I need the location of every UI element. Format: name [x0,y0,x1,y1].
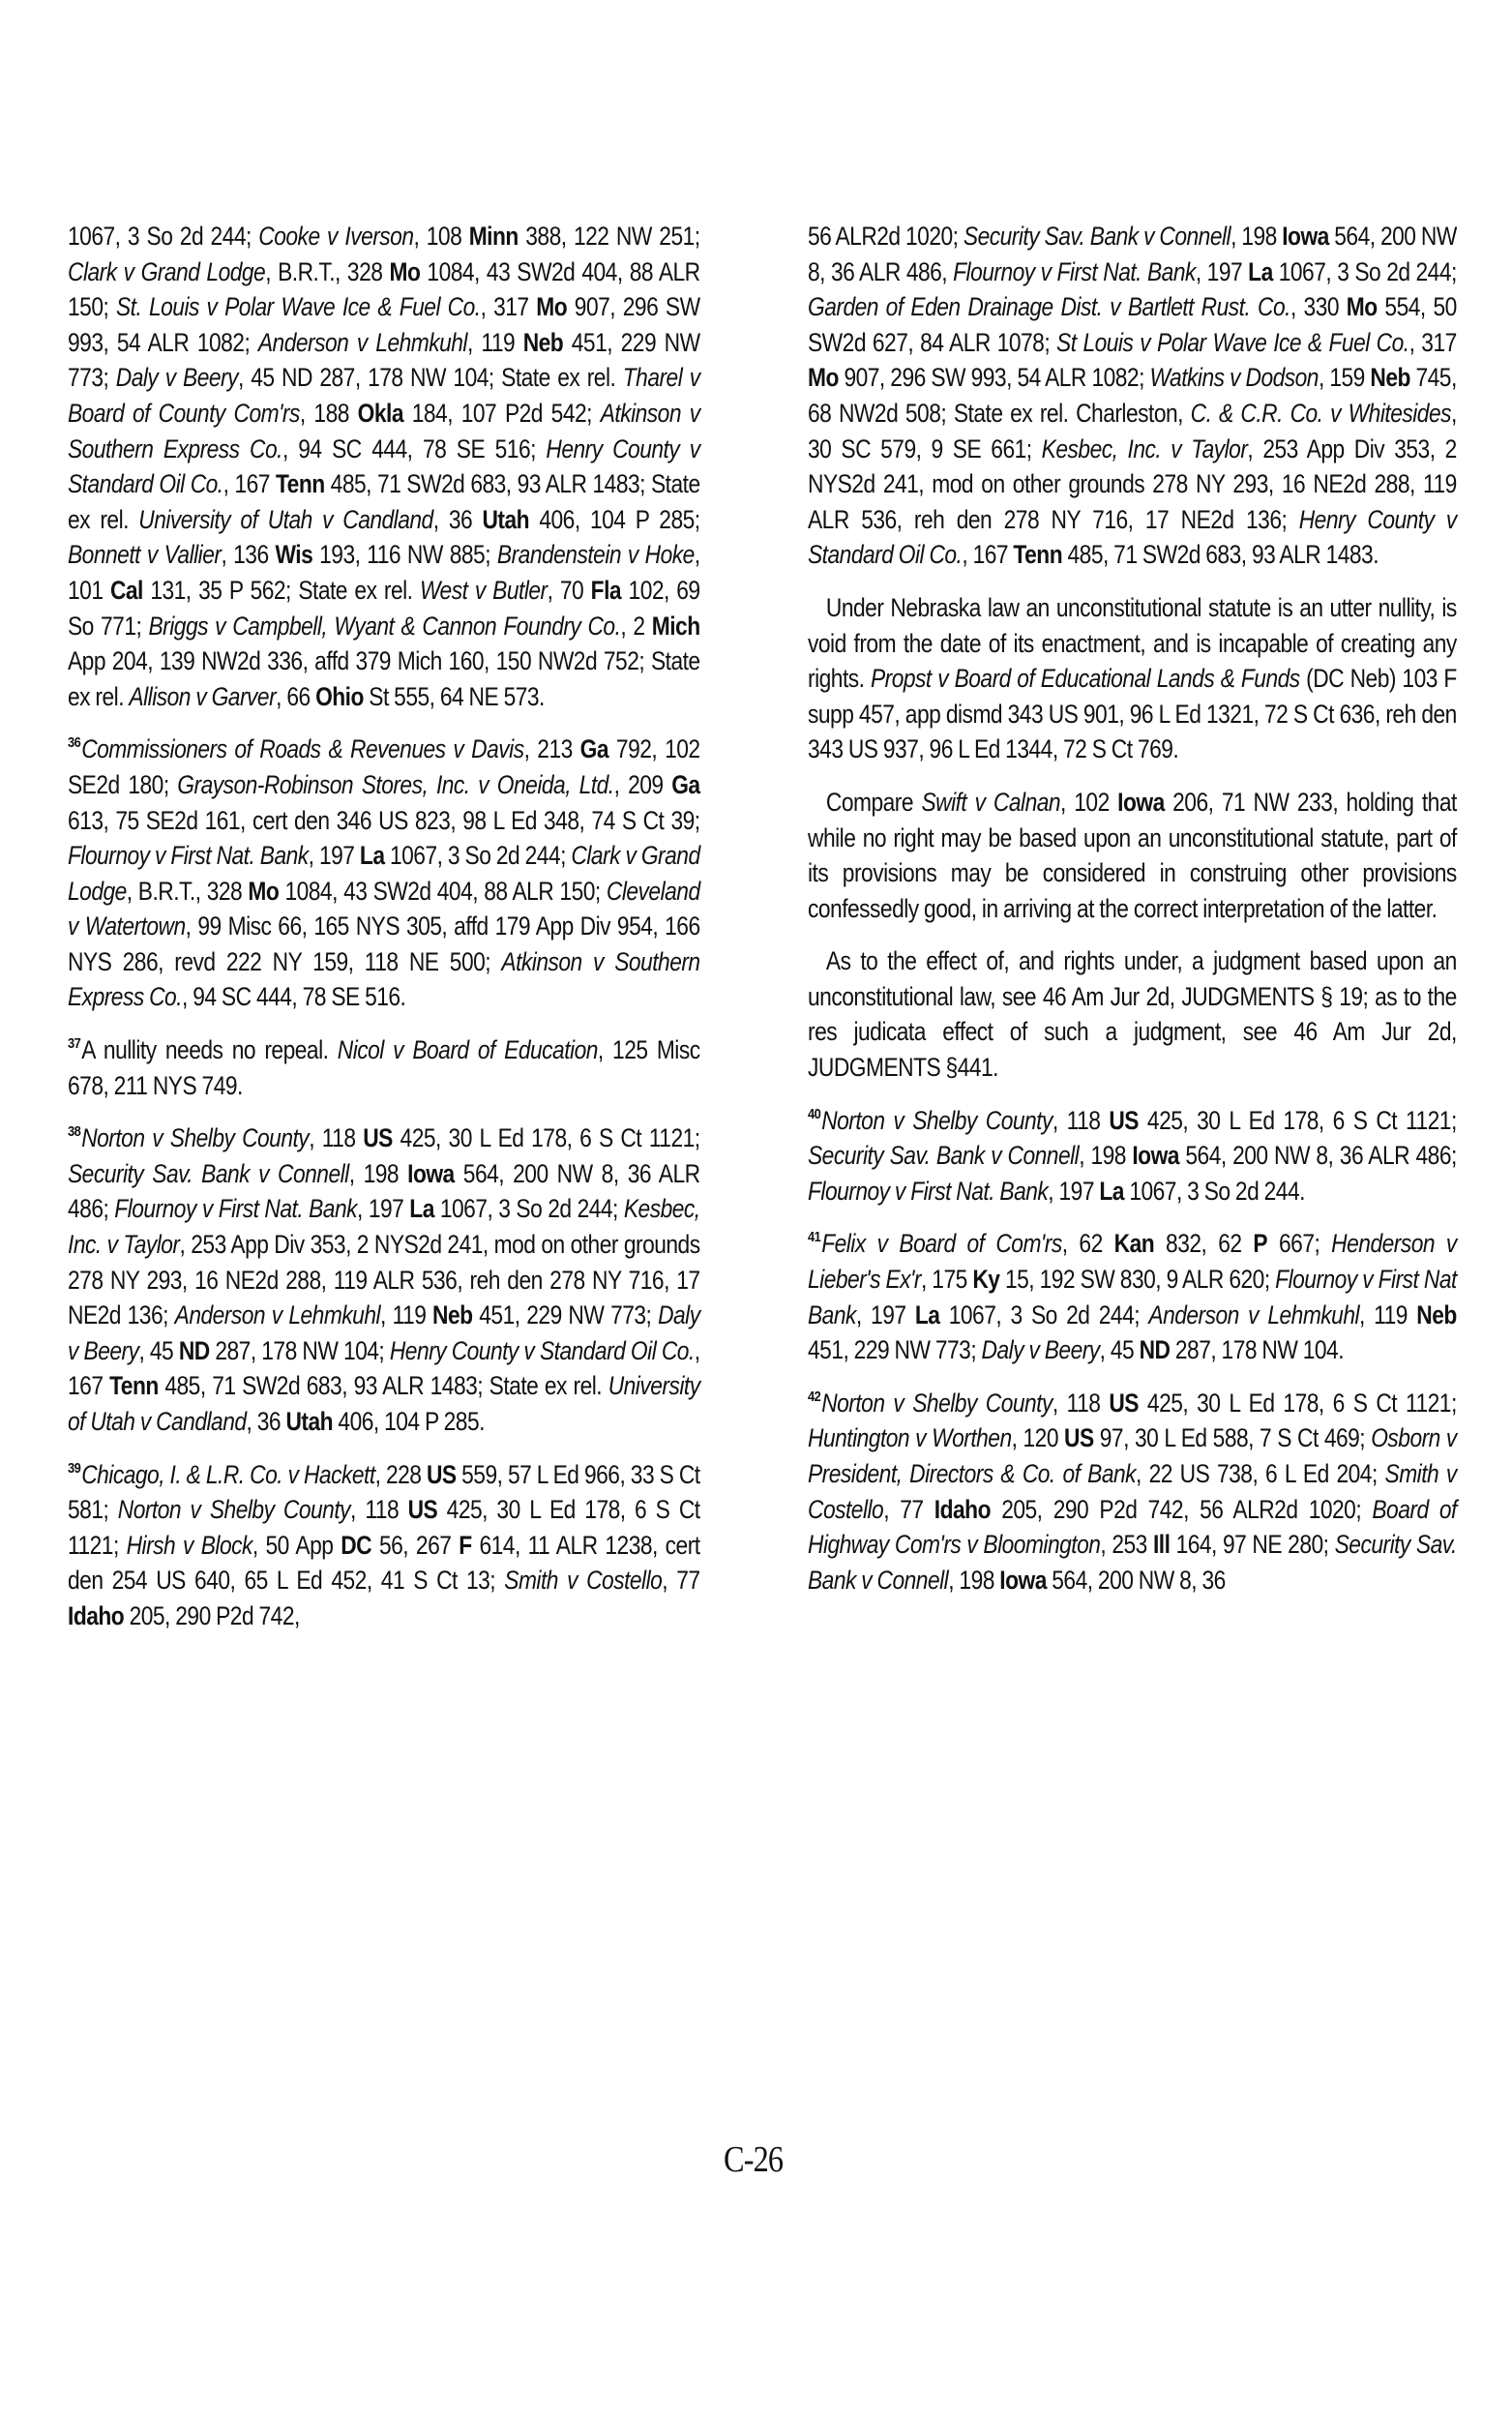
case-name: Swift v Calnan [921,788,1060,817]
citation-text: 406, 104 P 285. [333,1407,485,1436]
reporter-abbrev: Mo [248,877,279,906]
reporter-abbrev: US [1064,1423,1094,1452]
reporter-abbrev: Fla [591,576,621,605]
case-name: Flournoy v First Nat. Bank [808,1177,1048,1206]
citation-text: , 198 [1079,1141,1132,1170]
citation-text: 1067, 3 So 2d 244; [384,841,571,870]
reporter-abbrev: US [427,1460,457,1489]
reporter-abbrev: Iowa [1132,1141,1179,1170]
citation-text: , 330 [1290,292,1347,321]
citation-text: , 209 [614,770,672,799]
citation-text: , B.R.T., 328 [127,877,249,906]
case-name: Garden of Eden Drainage Dist. v Bartlett… [808,292,1290,321]
case-name: Anderson v Lehmkuhl [1148,1300,1359,1329]
citation-text: , 22 US 738, 6 L Ed 204; [1136,1459,1384,1488]
reporter-abbrev: US [363,1123,393,1152]
paragraph: As to the effect of, and rights under, a… [808,943,1457,1085]
case-name: Flournoy v First Nat. Bank [68,841,309,870]
footnote-number: 38 [68,1123,80,1140]
citation-text: , 188 [300,399,358,428]
reporter-abbrev: Tenn [109,1371,159,1400]
page-number: C-26 [724,2138,783,2181]
right-column: 56 ALR2d 1020; Security Sav. Bank v Conn… [808,219,1457,1615]
reporter-abbrev: P [1253,1229,1267,1258]
reporter-abbrev: US [1109,1389,1139,1418]
paragraph: Under Nebraska law an unconstitutional s… [808,590,1457,767]
citation-text: 564, 200 NW 8, 36 [1047,1566,1226,1595]
citation-text: 451, 229 NW 773; [808,1335,982,1364]
citation-text: 1084, 43 SW2d 404, 88 ALR 150; [279,877,607,906]
paragraph: 56 ALR2d 1020; Security Sav. Bank v Conn… [808,219,1457,573]
citation-text: , 77 [662,1566,699,1595]
case-name: Grayson-Robinson Stores, Inc. v Oneida, … [177,770,613,799]
citation-text: , 45 [138,1336,178,1365]
citation-text: 907, 296 SW 993, 54 ALR 1082; [839,363,1150,392]
citation-text: 425, 30 L Ed 178, 6 S Ct 1121; [1139,1106,1457,1135]
reporter-abbrev: F [459,1531,471,1560]
case-name: Briggs v Campbell, Wyant & Cannon Foundr… [149,612,621,641]
document-page: 1067, 3 So 2d 244; Cooke v Iverson, 108 … [0,0,1512,2419]
reporter-abbrev: Tenn [1013,540,1062,569]
citation-text: 1067, 3 So 2d 244. [1124,1177,1305,1206]
citation-text: 205, 290 P2d 742, [124,1601,300,1630]
citation-text: 131, 35 P 562; State ex rel. [143,576,420,605]
reporter-abbrev: Neb [432,1300,473,1329]
citation-text: , 45 [1100,1335,1140,1364]
citation-text: 193, 116 NW 885; [312,540,497,569]
case-name: Daly v Beery [116,363,238,392]
citation-text: , 102 [1060,788,1117,817]
citation-text: , 94 SC 444, 78 SE 516; [282,434,546,463]
citation-text: , 108 [414,222,469,251]
citation-text: , 213 [524,734,580,763]
citation-text: 832, 62 [1154,1229,1253,1258]
reporter-abbrev: Mo [536,292,567,321]
reporter-abbrev: Ga [580,734,608,763]
reporter-abbrev: Iowa [1282,222,1329,251]
footnote-41: 41Felix v Board of Com'rs, 62 Kan 832, 6… [808,1226,1457,1367]
reporter-abbrev: Wis [275,540,312,569]
citation-text: , 94 SC 444, 78 SE 516. [182,982,405,1011]
reporter-abbrev: Utah [482,505,529,534]
reporter-abbrev: Tenn [276,469,325,498]
footnote-37: 37A nullity needs no repeal. Nicol v Boa… [68,1032,700,1103]
case-name: Security Sav. Bank v Connell [68,1159,349,1188]
reporter-abbrev: La [409,1194,434,1223]
case-name: Nicol v Board of Education [338,1035,598,1064]
citation-text: , 62 [1062,1229,1114,1258]
reporter-abbrev: Kan [1114,1229,1155,1258]
citation-text: 564, 200 NW 8, 36 ALR 486; [1179,1141,1457,1170]
case-name: Kesbec, Inc. v Taylor [1042,434,1248,463]
citation-text: 388, 122 NW 251; [519,222,700,251]
citation-text: 613, 75 SE2d 161, cert den 346 US 823, 9… [68,806,700,835]
footnote-42: 42Norton v Shelby County, 118 US 425, 30… [808,1386,1457,1598]
citation-text: 287, 178 NW 104. [1170,1335,1344,1364]
reporter-abbrev: Iowa [1117,788,1165,817]
citation-text: , 118 [1052,1106,1109,1135]
citation-text: , 45 ND 287, 178 NW 104; State ex rel. [238,363,623,392]
reporter-abbrev: Mo [808,363,839,392]
reporter-abbrev: Ky [972,1265,999,1294]
reporter-abbrev: La [915,1300,940,1329]
case-name: Clark v Grand Lodge [68,257,265,286]
citation-text: , 197 [309,841,360,870]
reporter-abbrev: Ill [1153,1530,1170,1559]
citation-text: , B.R.T., 328 [265,257,389,286]
case-name: Daly v Beery [982,1335,1100,1364]
citation-text: , 119 [380,1300,432,1329]
case-name: Hirsh v Block [127,1531,252,1560]
citation-text: , 197 [856,1300,915,1329]
footnote-38: 38Norton v Shelby County, 118 US 425, 30… [68,1120,700,1439]
citation-text: , 197 [1048,1177,1099,1206]
citation-text: , 317 [1409,328,1457,357]
citation-text: 667; [1267,1229,1331,1258]
reporter-abbrev: Mich [652,612,700,641]
case-name: Huntington v Worthen [808,1423,1012,1452]
footnote-number: 36 [68,734,80,751]
citation-text: , 198 [948,1566,999,1595]
citation-text: , 2 [620,612,651,641]
reporter-abbrev: Okla [358,399,403,428]
case-name: Flournoy v First Nat. Bank [114,1194,357,1223]
case-name: University of Utah v Candland [138,505,432,534]
citation-text: 1067, 3 So 2d 244; [434,1194,624,1223]
paragraph: 1067, 3 So 2d 244; Cooke v Iverson, 108 … [68,219,700,714]
case-name: Felix v Board of Com'rs [821,1229,1062,1258]
reporter-abbrev: Neb [523,328,564,357]
case-name: Cooke v Iverson [258,222,413,251]
citation-text: , 66 [276,682,315,711]
citation-text: 15, 192 SW 830, 9 ALR 620; [999,1265,1275,1294]
case-name: Anderson v Lehmkuhl [258,328,467,357]
citation-text: , 119 [1359,1300,1416,1329]
citation-text: Compare [826,788,922,817]
citation-text: 184, 107 P2d 542; [403,399,601,428]
reporter-abbrev: Ohio [315,682,364,711]
citation-text: , 50 App [252,1531,341,1560]
case-name: Henry County v Standard Oil Co. [390,1336,695,1365]
citation-text: , 120 [1012,1423,1064,1452]
citation-text: 406, 104 P 285; [529,505,700,534]
citation-text: , 317 [481,292,537,321]
citation-text: 1067, 3 So 2d 244; [1273,257,1457,286]
case-name: Anderson v Lehmkuhl [175,1300,380,1329]
case-name: Smith v Costello [504,1566,662,1595]
citation-text: , 77 [883,1495,934,1524]
footnote-number: 40 [808,1106,820,1122]
left-column: 1067, 3 So 2d 244; Cooke v Iverson, 108 … [68,219,700,1652]
citation-text: A nullity needs no repeal. [81,1035,338,1064]
citation-text: 164, 97 NE 280; [1170,1530,1334,1559]
case-name: Security Sav. Bank v Connell [964,222,1230,251]
case-name: Norton v Shelby County [821,1389,1052,1418]
reporter-abbrev: Minn [469,222,519,251]
citation-text: , 118 [309,1123,363,1152]
citation-text: , 119 [467,328,523,357]
case-name: St. Louis v Polar Wave Ice & Fuel Co. [116,292,481,321]
citation-text: , 253 [1100,1530,1153,1559]
citation-text: , 70 [548,576,591,605]
case-name: Norton v Shelby County [118,1495,350,1524]
case-name: Bonnett v Vallier [68,540,221,569]
citation-text: As to the effect of, and rights under, a… [808,946,1457,1082]
reporter-abbrev: Mo [389,257,420,286]
reporter-abbrev: La [1248,257,1273,286]
citation-text: St 555, 64 NE 573. [364,682,545,711]
citation-text: , 36 [247,1407,286,1436]
citation-text: 451, 229 NW 773; [473,1300,658,1329]
footnote-number: 39 [68,1460,80,1477]
citation-text: , 198 [1230,222,1282,251]
citation-text: , 198 [349,1159,407,1188]
reporter-abbrev: Ga [671,770,699,799]
footnote-39: 39Chicago, I. & L.R. Co. v Hackett, 228 … [68,1457,700,1634]
case-name: St Louis v Polar Wave Ice & Fuel Co. [1056,328,1409,357]
citation-text: , 228 [375,1460,427,1489]
footnote-40: 40Norton v Shelby County, 118 US 425, 30… [808,1103,1457,1209]
reporter-abbrev: US [408,1495,438,1524]
citation-text: , 175 [921,1265,972,1294]
case-name: Flournoy v First Nat. Bank [953,257,1196,286]
reporter-abbrev: Mo [1347,292,1378,321]
footnote-number: 37 [68,1035,80,1052]
reporter-abbrev: Idaho [68,1601,124,1630]
citation-text: 97, 30 L Ed 588, 7 S Ct 469; [1094,1423,1372,1452]
citation-text: , 197 [357,1194,409,1223]
case-name: Chicago, I. & L.R. Co. v Hackett [81,1460,374,1489]
reporter-abbrev: ND [179,1336,210,1365]
case-name: Security Sav. Bank v Connell [808,1141,1079,1170]
reporter-abbrev: ND [1140,1335,1171,1364]
case-name: Propst v Board of Educational Lands & Fu… [871,664,1300,693]
citation-text: , 197 [1196,257,1248,286]
citation-text: 205, 290 P2d 742, 56 ALR2d 1020; [991,1495,1372,1524]
citation-text: , 118 [350,1495,408,1524]
reporter-abbrev: Neb [1416,1300,1457,1329]
reporter-abbrev: Cal [110,576,143,605]
case-name: Watkins v Dodson [1149,363,1318,392]
citation-text: 485, 71 SW2d 683, 93 ALR 1483; State ex … [159,1371,608,1400]
reporter-abbrev: Utah [285,1407,333,1436]
reporter-abbrev: US [1109,1106,1139,1135]
case-name: Allison v Garver [129,682,276,711]
citation-text: 425, 30 L Ed 178, 6 S Ct 1121; [393,1123,700,1152]
citation-text: 56, 267 [371,1531,459,1560]
citation-text: 485, 71 SW2d 683, 93 ALR 1483. [1062,540,1379,569]
citation-text: 425, 30 L Ed 178, 6 S Ct 1121; [1139,1389,1457,1418]
paragraph: Compare Swift v Calnan, 102 Iowa 206, 71… [808,785,1457,926]
citation-text: 1067, 3 So 2d 244; [939,1300,1148,1329]
citation-text: 56 ALR2d 1020; [808,222,964,251]
citation-text: , 36 [433,505,483,534]
reporter-abbrev: Neb [1370,363,1410,392]
case-name: West v Butler [420,576,548,605]
case-name: Norton v Shelby County [81,1123,309,1152]
reporter-abbrev: Iowa [999,1566,1047,1595]
citation-text: , 167 [962,540,1013,569]
citation-text: , 167 [223,469,276,498]
citation-text: , 136 [221,540,275,569]
reporter-abbrev: La [360,841,385,870]
reporter-abbrev: Idaho [934,1495,991,1524]
citation-text: , 118 [1052,1389,1109,1418]
footnote-36: 36Commissioners of Roads & Revenues v Da… [68,732,700,1015]
citation-text: , 159 [1319,363,1370,392]
footnote-number: 42 [808,1389,820,1405]
case-name: Commissioners of Roads & Revenues v Davi… [81,734,523,763]
reporter-abbrev: Iowa [407,1159,455,1188]
citation-text: 1067, 3 So 2d 244; [68,222,258,251]
citation-text: 287, 178 NW 104; [210,1336,390,1365]
reporter-abbrev: DC [341,1531,371,1560]
reporter-abbrev: La [1099,1177,1124,1206]
case-name: C. & C.R. Co. v Whitesides [1191,399,1451,428]
case-name: Brandenstein v Hoke [497,540,695,569]
footnote-number: 41 [808,1229,820,1245]
case-name: Norton v Shelby County [821,1106,1052,1135]
